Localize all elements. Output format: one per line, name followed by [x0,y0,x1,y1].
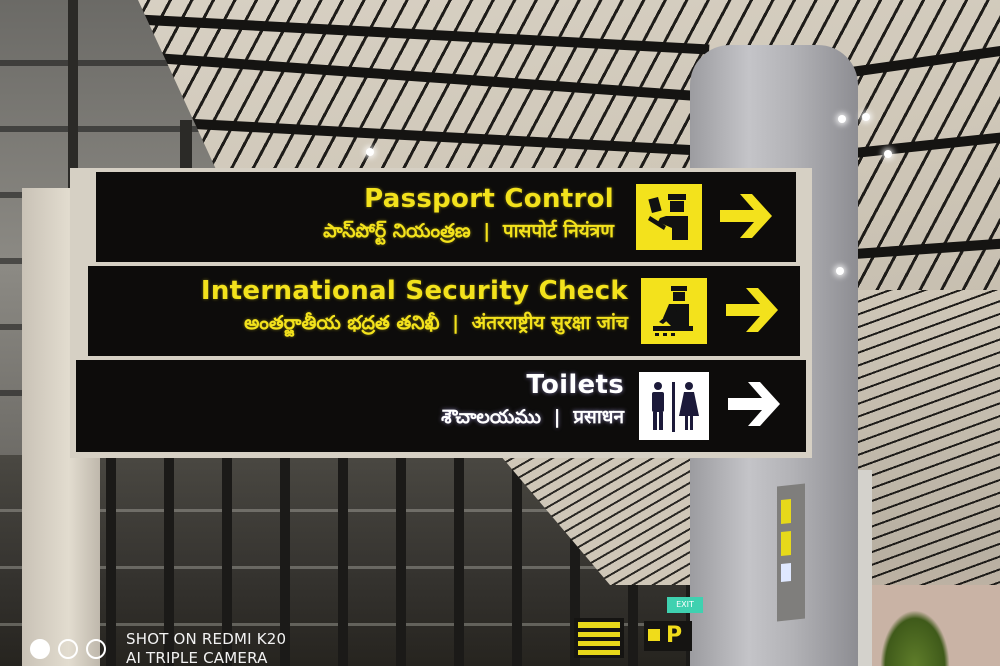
sign-local-text: శౌచాలయము | प्रसाधन [441,402,624,432]
hindi-text: प्रसाधन [573,406,624,428]
sign-english-text: International Security Check [201,274,628,308]
watermark-line-1: SHOT ON REDMI K20 [126,630,286,649]
hindi-text: पासपोर्ट नियंत्रण [503,220,614,242]
sign-english-text: Toilets [441,368,624,402]
sign-panel-passport-control: Passport Control పాస్‌పోర్ట్ నియంత్రణ | … [96,172,796,262]
parking-sign: P [644,621,692,651]
watermark-line-2: AI TRIPLE CAMERA [126,649,286,666]
ceiling-light [862,113,870,121]
arrow-right-icon [716,186,776,246]
camera-lens-icon [58,639,78,659]
camera-lens-icon [86,639,106,659]
separator: | [452,312,459,334]
ceiling-light [884,150,892,158]
palm-plant [880,610,950,666]
telugu-text: శౌచాలయము [441,406,541,428]
parking-icon [648,629,660,641]
pillar-sign [777,484,805,622]
sign-panel-toilets: Toilets శౌచాలయము | प्रसाधन [76,360,806,452]
ceiling-light [836,267,844,275]
ceiling-light [366,148,374,156]
sign-panel-security-check: International Security Check అంతర్జాతీయ … [88,266,800,356]
separator: | [554,406,561,428]
sign-local-text: పాస్‌పోర్ట్ నియంత్రణ | पासपोर्ट नियंत्रण [323,216,614,246]
sign-local-text: అంతర్జాతీయ భద్రత తనిఖీ | अंतरराष्ट्रीय स… [201,308,628,338]
telugu-text: అంతర్జాతీయ భద్రత తనిఖీ [244,312,439,334]
arrow-right-icon [724,374,784,434]
toilets-icon [639,372,709,440]
ceiling-light [838,115,846,123]
airport-scene: EXIT P Passport Control పాస్‌పోర్ట్ నియం… [0,0,1000,666]
security-check-icon [641,278,707,344]
sign-english-text: Passport Control [323,182,614,216]
pole [858,470,872,666]
camera-watermark: SHOT ON REDMI K20 AI TRIPLE CAMERA [30,630,286,666]
arrow-right-icon [722,280,782,340]
passport-control-icon [636,184,702,250]
camera-lens-icon [30,639,50,659]
distant-gate-sign [574,618,624,658]
telugu-text: పాస్‌పోర్ట్ నియంత్రణ [323,220,470,242]
exit-sign: EXIT [667,597,703,613]
separator: | [483,220,490,242]
hindi-text: अंतरराष्ट्रीय सुरक्षा जांच [472,312,628,334]
